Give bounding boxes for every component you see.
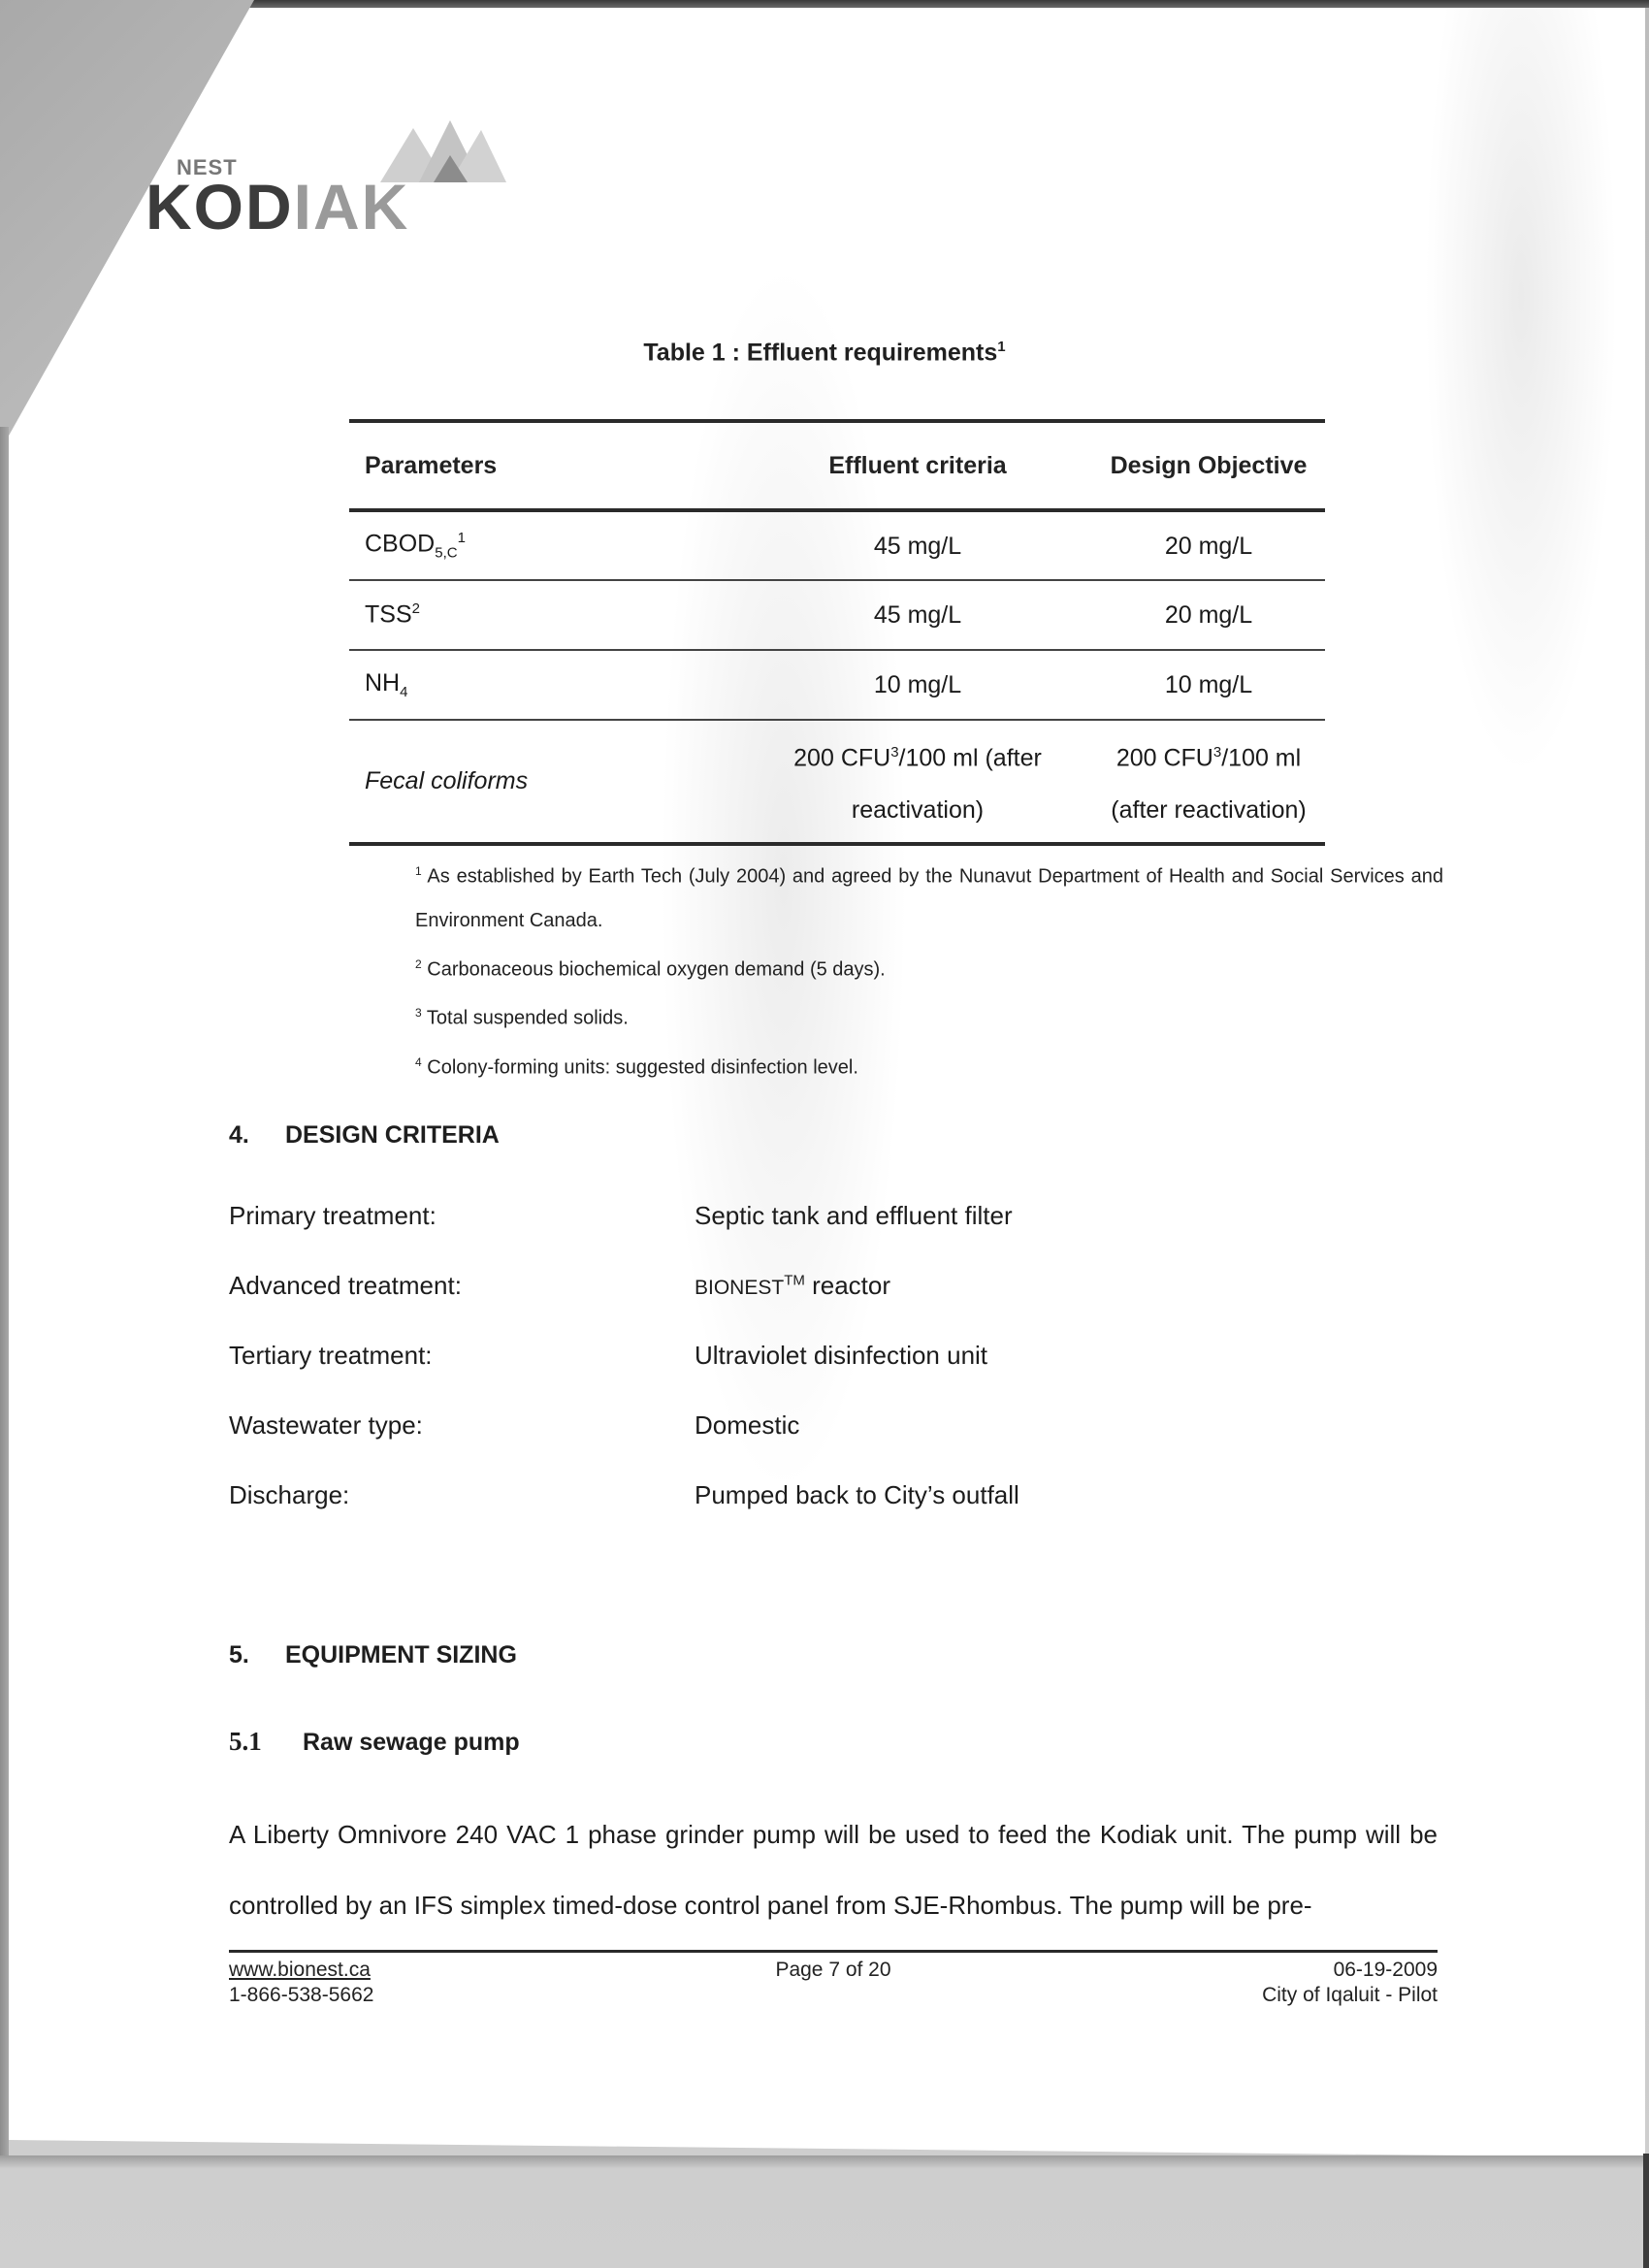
objective-cell: 200 CFU3/100 ml(after reactivation) — [1092, 720, 1325, 844]
effluent-requirements-table: Parameters Effluent criteria Design Obje… — [349, 419, 1325, 846]
section-heading-design-criteria: 4.DESIGN CRITERIA — [229, 1121, 500, 1150]
kodiak-logo: NEST KODIAK — [136, 116, 504, 238]
objective-cell: 20 mg/L — [1092, 580, 1325, 650]
criteria-cell: 10 mg/L — [743, 650, 1092, 720]
body-paragraph: A Liberty Omnivore 240 VAC 1 phase grind… — [229, 1799, 1438, 1941]
param-cell: Fecal coliforms — [349, 720, 743, 844]
table-row: Fecal coliforms 200 CFU3/100 ml (afterre… — [349, 720, 1325, 844]
page-number: Page 7 of 20 — [229, 1958, 1438, 1983]
footnote: 3 Total suspended solids. — [415, 991, 1443, 1041]
table-footnotes: 1 As established by Earth Tech (July 200… — [415, 850, 1443, 1090]
table-row: CBOD5,C1 45 mg/L 20 mg/L — [349, 510, 1325, 580]
page-left-edge — [0, 427, 9, 2163]
criteria-cell: 45 mg/L — [743, 510, 1092, 580]
section-heading-equipment-sizing: 5.EQUIPMENT SIZING — [229, 1641, 517, 1669]
page-top-edge — [247, 0, 1649, 8]
page-right-edge — [1643, 2154, 1649, 2268]
table-caption: Table 1 : Effluent requirements1 — [0, 339, 1649, 367]
header-design-objective: Design Objective — [1092, 421, 1325, 510]
criteria-row: Advanced treatment: BIONESTTM reactor — [229, 1271, 1102, 1341]
project-name: City of Iqaluit - Pilot — [1262, 1984, 1438, 2006]
subsection-heading-raw-sewage-pump: 5.1Raw sewage pump — [229, 1727, 520, 1757]
phone-number: 1-866-538-5662 — [229, 1984, 373, 2006]
footnote: 2 Carbonaceous biochemical oxygen demand… — [415, 943, 1443, 992]
objective-cell: 10 mg/L — [1092, 650, 1325, 720]
objective-cell: 20 mg/L — [1092, 510, 1325, 580]
criteria-row: Discharge: Pumped back to City’s outfall — [229, 1480, 1102, 1550]
header-parameters: Parameters — [349, 421, 743, 510]
footnote: 4 Colony-forming units: suggested disinf… — [415, 1041, 1443, 1090]
design-criteria-list: Primary treatment: Septic tank and efflu… — [229, 1201, 1102, 1550]
footer-divider — [229, 1950, 1438, 1953]
criteria-row: Wastewater type: Domestic — [229, 1410, 1102, 1480]
param-cell: NH4 — [349, 650, 743, 720]
header-effluent-criteria: Effluent criteria — [743, 421, 1092, 510]
table-row: NH4 10 mg/L 10 mg/L — [349, 650, 1325, 720]
table-row: TSS2 45 mg/L 20 mg/L — [349, 580, 1325, 650]
footnote: 1 As established by Earth Tech (July 200… — [415, 850, 1443, 943]
footer-meta: 06-19-2009 City of Iqaluit - Pilot — [1262, 1958, 1438, 2008]
criteria-cell: 45 mg/L — [743, 580, 1092, 650]
criteria-cell: 200 CFU3/100 ml (afterreactivation) — [743, 720, 1092, 844]
criteria-row: Primary treatment: Septic tank and efflu… — [229, 1201, 1102, 1271]
criteria-row: Tertiary treatment: Ultraviolet disinfec… — [229, 1341, 1102, 1410]
param-cell: TSS2 — [349, 580, 743, 650]
table-header-row: Parameters Effluent criteria Design Obje… — [349, 421, 1325, 510]
param-cell: CBOD5,C1 — [349, 510, 743, 580]
logo-wordmark: KODIAK — [145, 175, 409, 239]
document-date: 06-19-2009 — [1334, 1959, 1438, 1981]
page-bottom-edge — [0, 2155, 1649, 2169]
